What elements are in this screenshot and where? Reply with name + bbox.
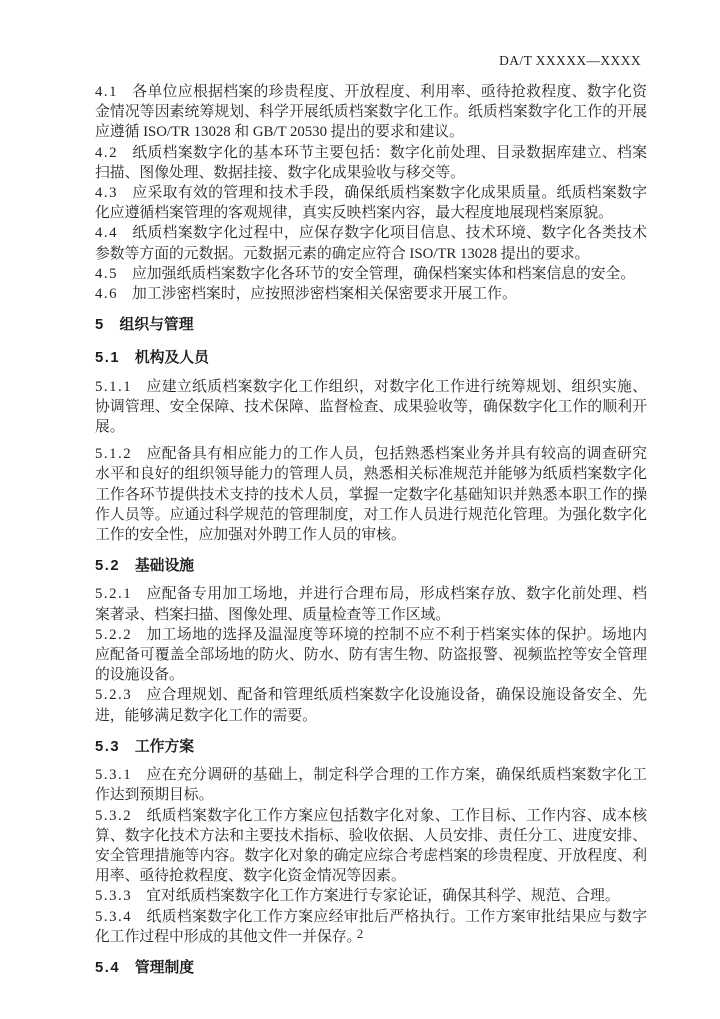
clause-text: 应配备具有相应能力的工作人员，包括熟悉档案业务并具有较高的调查研究水平和良好的组… (95, 446, 647, 543)
clause-number: 4.4 (95, 225, 118, 241)
clause-text: 加工场地的选择及温湿度等环境的控制不应不利于档案实体的保护。场地内应配备可覆盖全… (95, 627, 647, 683)
clause-number: 5.3 (95, 739, 120, 755)
clause-5-1-2: 5.1.2应配备具有相应能力的工作人员，包括熟悉档案业务并具有较高的调查研究水平… (95, 444, 647, 545)
clause-text: 管理制度 (135, 960, 194, 976)
clause-text: 应在充分调研的基础上，制定科学合理的工作方案，确保纸质档案数字化工作达到预期目标… (95, 767, 647, 803)
heading-5-1: 5.1机构及人员 (95, 348, 647, 368)
clause-number: 5.1.1 (95, 379, 132, 395)
clause-text: 应采取有效的管理和技术手段，确保纸质档案数字化成果质量。纸质档案数字化应遵循档案… (95, 185, 647, 221)
clause-number: 5.2.2 (95, 627, 132, 643)
clause-text: 应加强纸质档案数字化各环节的安全管理，确保档案实体和档案信息的安全。 (132, 266, 635, 282)
clause-4-5: 4.5应加强纸质档案数字化各环节的安全管理，确保档案实体和档案信息的安全。 (95, 264, 647, 284)
clause-5-2-1: 5.2.1应配备专用加工场地，并进行合理布局，形成档案存放、数字化前处理、档案著… (95, 584, 647, 624)
clause-4-6: 4.6加工涉密档案时，应按照涉密档案相关保密要求开展工作。 (95, 284, 647, 304)
clause-text: 机构及人员 (135, 350, 209, 366)
clause-number: 5.3.4 (95, 909, 132, 925)
clause-text: 应合理规划、配备和管理纸质档案数字化设施设备，确保设施设备安全、先进，能够满足数… (95, 687, 647, 723)
page-number: 2 (0, 926, 720, 942)
document-page: DA/T XXXXX—XXXX 4.1各单位应根据档案的珍贵程度、开放程度、利用… (0, 0, 720, 1019)
clause-number: 4.2 (95, 145, 118, 161)
clause-5-2-3: 5.2.3应合理规划、配备和管理纸质档案数字化设施设备，确保设施设备安全、先进，… (95, 685, 647, 725)
clause-text: 纸质档案数字化工作方案应包括数字化对象、工作目标、工作内容、成本核算、数字化技术… (95, 808, 647, 885)
clause-5-3-1: 5.3.1应在充分调研的基础上，制定科学合理的工作方案，确保纸质档案数字化工作达… (95, 765, 647, 805)
clause-text: 纸质档案数字化的基本环节主要包括：数字化前处理、目录数据库建立、档案扫描、图像处… (95, 145, 647, 181)
clause-number: 4.1 (95, 84, 118, 100)
document-body: 4.1各单位应根据档案的珍贵程度、开放程度、利用率、亟待抢救程度、数字化资金情况… (95, 82, 647, 986)
clause-number: 5.2.1 (95, 586, 132, 602)
clause-text: 应配备专用加工场地，并进行合理布局，形成档案存放、数字化前处理、档案著录、档案扫… (95, 586, 647, 622)
clause-text: 基础设施 (135, 558, 194, 574)
clause-text: 加工涉密档案时，应按照涉密档案相关保密要求开展工作。 (132, 286, 517, 302)
clause-text: 工作方案 (135, 739, 194, 755)
clause-5-3-2: 5.3.2纸质档案数字化工作方案应包括数字化对象、工作目标、工作内容、成本核算、… (95, 806, 647, 887)
clause-text: 纸质档案数字化过程中，应保存数字化项目信息、技术环境、数字化各类技术参数等方面的… (95, 225, 647, 261)
clause-number: 5.1.2 (95, 446, 132, 462)
clause-5-1-1: 5.1.1应建立纸质档案数字化工作组织，对数字化工作进行统筹规划、组织实施、协调… (95, 377, 647, 438)
clause-4-1: 4.1各单位应根据档案的珍贵程度、开放程度、利用率、亟待抢救程度、数字化资金情况… (95, 82, 647, 143)
clause-number: 4.6 (95, 286, 118, 302)
clause-number: 5.2.3 (95, 687, 132, 703)
clause-5-3-3: 5.3.3宜对纸质档案数字化工作方案进行专家论证，确保其科学、规范、合理。 (95, 886, 647, 906)
clause-text: 组织与管理 (120, 317, 194, 333)
clause-4-4: 4.4纸质档案数字化过程中，应保存数字化项目信息、技术环境、数字化各类技术参数等… (95, 223, 647, 263)
clause-number: 5 (95, 317, 105, 333)
heading-5-3: 5.3工作方案 (95, 737, 647, 757)
clause-number: 4.5 (95, 266, 118, 282)
clause-text: 应建立纸质档案数字化工作组织，对数字化工作进行统筹规划、组织实施、协调管理、安全… (95, 379, 647, 435)
clause-5-2-2: 5.2.2加工场地的选择及温湿度等环境的控制不应不利于档案实体的保护。场地内应配… (95, 625, 647, 686)
heading-5-4: 5.4管理制度 (95, 958, 647, 978)
clause-number: 4.3 (95, 185, 118, 201)
clause-number: 5.3.2 (95, 808, 132, 824)
clause-text: 宜对纸质档案数字化工作方案进行专家论证，确保其科学、规范、合理。 (146, 888, 620, 904)
heading-5-2: 5.2基础设施 (95, 556, 647, 576)
clause-number: 5.4 (95, 960, 120, 976)
clause-4-2: 4.2纸质档案数字化的基本环节主要包括：数字化前处理、目录数据库建立、档案扫描、… (95, 143, 647, 183)
clause-text: 各单位应根据档案的珍贵程度、开放程度、利用率、亟待抢救程度、数字化资金情况等因素… (95, 84, 647, 140)
standard-number-header: DA/T XXXXX—XXXX (499, 53, 641, 69)
clause-number: 5.1 (95, 350, 120, 366)
clause-number: 5.3.1 (95, 767, 132, 783)
clause-number: 5.3.3 (95, 888, 132, 904)
clause-number: 5.2 (95, 558, 120, 574)
heading-5: 5组织与管理 (95, 315, 647, 335)
clause-4-3: 4.3应采取有效的管理和技术手段，确保纸质档案数字化成果质量。纸质档案数字化应遵… (95, 183, 647, 223)
